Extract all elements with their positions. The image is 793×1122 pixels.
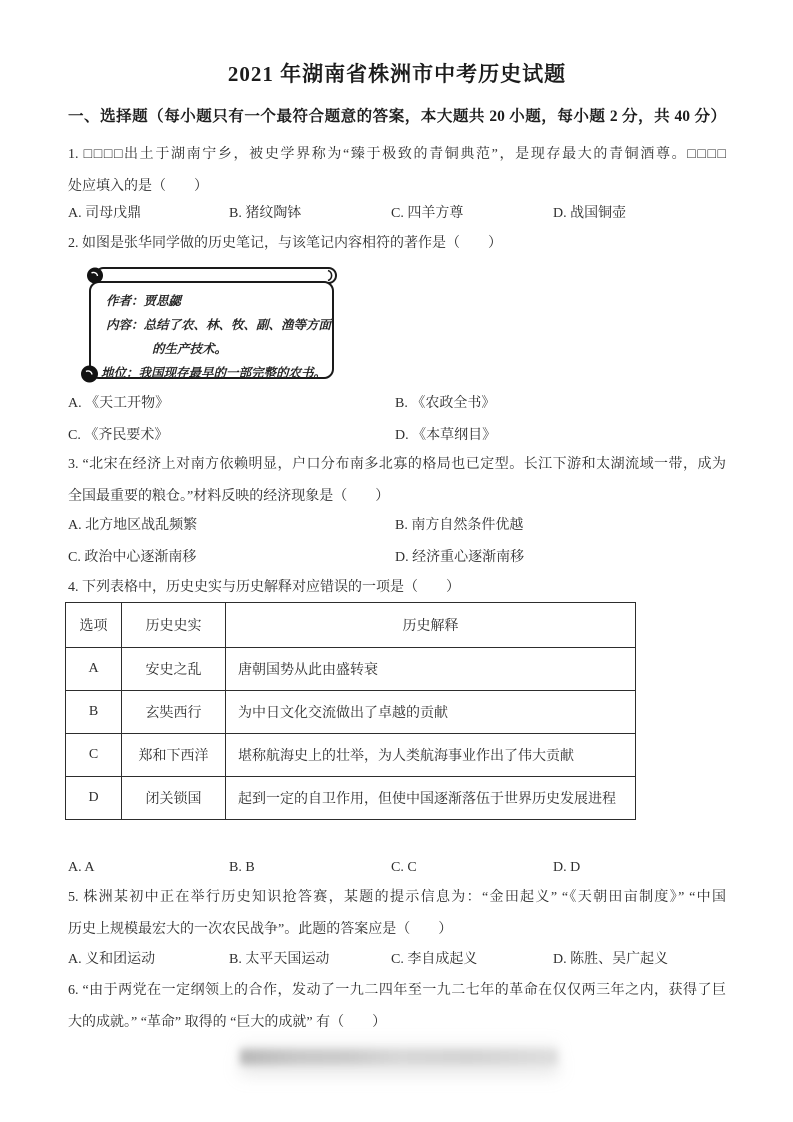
option-d: D. 经济重心逐渐南移 bbox=[395, 547, 726, 569]
note-status-line: 地位：我国现存最早的一部完整的农书。 bbox=[101, 363, 326, 381]
option-a: A. A bbox=[68, 857, 229, 879]
option-c: C. 四羊方尊 bbox=[391, 203, 553, 225]
option-b: B. B bbox=[229, 857, 391, 879]
option-a: A. 北方地区战乱频繁 bbox=[68, 515, 395, 537]
option-b: B. 猪纹陶钵 bbox=[229, 203, 391, 225]
table-cell-fact: 安史之乱 bbox=[122, 648, 226, 691]
stem-line: 3. “北宋在经济上对南方依赖明显，户口分布南多北寡的格局也已定型。长江下游和太… bbox=[68, 449, 726, 481]
section-heading: 一、选择题（每小题只有一个最符合题意的答案，本大题共 20 小题，每小题 2 分… bbox=[68, 105, 726, 129]
question-5-options: A. 义和团运动 B. 太平天国运动 C. 李自成起义 D. 陈胜、吴广起义 bbox=[68, 949, 726, 971]
note-author-line: 作者：贾思勰 bbox=[106, 291, 181, 309]
table-cell-explanation: 为中日文化交流做出了卓越的贡献 bbox=[226, 691, 636, 734]
question-2-options: A. 《天工开物》 B. 《农政全书》 C. 《齐民要术》 D. 《本草纲目》 bbox=[68, 393, 726, 447]
question-6-stem: 6. “由于两党在一定纲领上的合作，发动了一九二四年至一九二七年的革命在仅仅两三… bbox=[68, 975, 726, 1039]
question-4-stem: 4. 下列表格中，历史史实与历史解释对应错误的一项是（ ） bbox=[68, 575, 726, 601]
table-header-fact: 历史史实 bbox=[122, 603, 226, 648]
table-cell-option: D bbox=[66, 777, 122, 820]
option-b: B. 《农政全书》 bbox=[395, 393, 726, 415]
question-4-options: A. A B. B C. C D. D bbox=[68, 857, 726, 879]
stem-line: 历史上规模最宏大的一次农民战争”。此题的答案应是（ ） bbox=[68, 914, 726, 946]
table-cell-fact: 闭关锁国 bbox=[122, 777, 226, 820]
option-c: C. 《齐民要术》 bbox=[68, 425, 395, 447]
exam-paper-page: 2021 年湖南省株洲市中考历史试题 一、选择题（每小题只有一个最符合题意的答案… bbox=[0, 0, 793, 1122]
stem-line: 4. 下列表格中，历史史实与历史解释对应错误的一项是（ ） bbox=[68, 575, 726, 601]
q4-fact-explanation-table: 选项 历史史实 历史解释 A 安史之乱 唐朝国势从此由盛转衰 B 玄奘西行 为中… bbox=[65, 602, 636, 820]
question-1-options: A. 司母戊鼎 B. 猪纹陶钵 C. 四羊方尊 D. 战国铜壶 bbox=[68, 203, 726, 225]
option-b: B. 南方自然条件优越 bbox=[395, 515, 726, 537]
table-cell-option: C bbox=[66, 734, 122, 777]
option-c: C. 政治中心逐渐南移 bbox=[68, 547, 395, 569]
table-cell-explanation: 起到一定的自卫作用，但使中国逐渐落伍于世界历史发展进程 bbox=[226, 777, 636, 820]
table-header-row: 选项 历史史实 历史解释 bbox=[66, 603, 636, 648]
table-cell-explanation: 堪称航海史上的壮举，为人类航海事业作出了伟大贡献 bbox=[226, 734, 636, 777]
note-content-line-2: 的生产技术。 bbox=[152, 339, 227, 357]
option-b: B. 太平天国运动 bbox=[229, 949, 391, 971]
question-3-options: A. 北方地区战乱频繁 B. 南方自然条件优越 C. 政治中心逐渐南移 D. 经… bbox=[68, 515, 726, 569]
option-d: D. 陈胜、吴广起义 bbox=[553, 949, 726, 971]
option-a: A. 义和团运动 bbox=[68, 949, 229, 971]
stem-line: 5. 株洲某初中正在举行历史知识抢答赛，某题的提示信息为：“金田起义” “《天朝… bbox=[68, 882, 726, 914]
option-d: D. 战国铜壶 bbox=[553, 203, 726, 225]
question-3-stem: 3. “北宋在经济上对南方依赖明显，户口分布南多北寡的格局也已定型。长江下游和太… bbox=[68, 449, 726, 513]
stem-line: 处应填入的是（ ） bbox=[68, 171, 726, 203]
stem-line: 2. 如图是张华同学做的历史笔记，与该笔记内容相符的著作是（ ） bbox=[68, 228, 726, 260]
page-title: 2021 年湖南省株洲市中考历史试题 bbox=[68, 59, 726, 89]
option-d: D. 《本草纲目》 bbox=[395, 425, 726, 447]
table-cell-fact: 玄奘西行 bbox=[122, 691, 226, 734]
blurred-watermark bbox=[240, 1049, 558, 1065]
table-cell-option: B bbox=[66, 691, 122, 734]
question-5-stem: 5. 株洲某初中正在举行历史知识抢答赛，某题的提示信息为：“金田起义” “《天朝… bbox=[68, 882, 726, 946]
option-c: C. C bbox=[391, 857, 553, 879]
option-c: C. 李自成起义 bbox=[391, 949, 553, 971]
table-header-option: 选项 bbox=[66, 603, 122, 648]
option-a: A. 《天工开物》 bbox=[68, 393, 395, 415]
question-1-stem: 1. □□□□出土于湖南宁乡，被史学界称为“臻于极致的青铜典范”，是现存最大的青… bbox=[68, 139, 726, 203]
stem-line: 全国最重要的粮仓。”材料反映的经济现象是（ ） bbox=[68, 481, 726, 513]
table-row: B 玄奘西行 为中日文化交流做出了卓越的贡献 bbox=[66, 691, 636, 734]
table-row: D 闭关锁国 起到一定的自卫作用，但使中国逐渐落伍于世界历史发展进程 bbox=[66, 777, 636, 820]
table-cell-explanation: 唐朝国势从此由盛转衰 bbox=[226, 648, 636, 691]
table-row: C 郑和下西洋 堪称航海史上的壮举，为人类航海事业作出了伟大贡献 bbox=[66, 734, 636, 777]
table-cell-option: A bbox=[66, 648, 122, 691]
question-2-stem: 2. 如图是张华同学做的历史笔记，与该笔记内容相符的著作是（ ） bbox=[68, 228, 726, 260]
stem-line: 1. □□□□出土于湖南宁乡，被史学界称为“臻于极致的青铜典范”，是现存最大的青… bbox=[68, 139, 726, 171]
stem-line: 6. “由于两党在一定纲领上的合作，发动了一九二四年至一九二七年的革命在仅仅两三… bbox=[68, 975, 726, 1007]
table-header-explanation: 历史解释 bbox=[226, 603, 636, 648]
table-row: A 安史之乱 唐朝国势从此由盛转衰 bbox=[66, 648, 636, 691]
history-note-figure: 作者：贾思勰 内容：总结了农、林、牧、副、渔等方面 的生产技术。 地位：我国现存… bbox=[80, 263, 354, 391]
option-a: A. 司母戊鼎 bbox=[68, 203, 229, 225]
option-d: D. D bbox=[553, 857, 726, 879]
table-cell-fact: 郑和下西洋 bbox=[122, 734, 226, 777]
stem-line: 大的成就。” “革命” 取得的 “巨大的成就” 有（ ） bbox=[68, 1007, 726, 1039]
note-content-line: 内容：总结了农、林、牧、副、渔等方面 bbox=[106, 315, 331, 333]
